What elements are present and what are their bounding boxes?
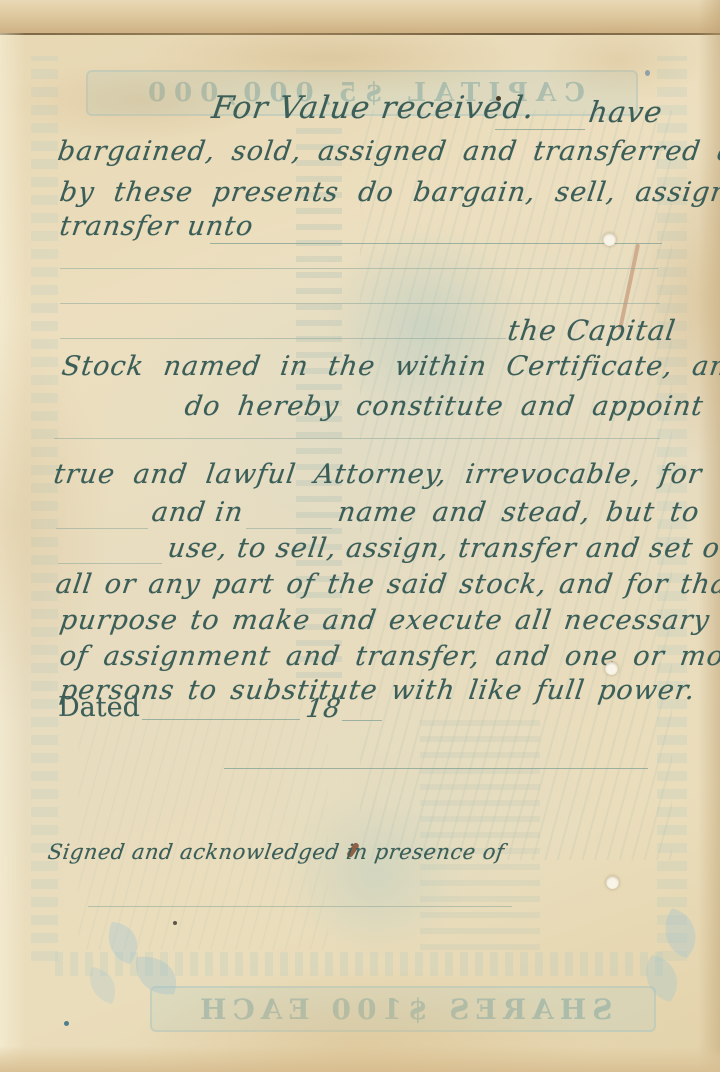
assignment-opening: For Value received. [209, 90, 537, 126]
blue-speck [645, 70, 650, 76]
blank-line-whose-2 [246, 528, 332, 529]
blank-line-transferee-2 [60, 268, 658, 269]
assignment-capital: the Capital [506, 314, 678, 347]
signature-line [224, 768, 648, 769]
blank-line-value [495, 129, 585, 130]
stock-certificate-transfer-back: CAPITAL $5,000,000 SHARES $100 EACH For … [0, 0, 720, 1072]
assignment-line-4: transfer unto [58, 211, 256, 242]
assignment-line-11: of assignment and transfer, and one or m… [58, 641, 720, 672]
blank-line-dated [142, 719, 300, 720]
punch-hole-top [603, 233, 616, 246]
assignment-line-12: persons to substitute with like full pow… [58, 675, 698, 706]
blank-line-whose-1 [56, 528, 148, 529]
assignment-opening-cont: have [587, 95, 665, 129]
blank-line-transferee-1 [210, 243, 662, 244]
blank-line-attorney [54, 438, 660, 439]
assignment-line-7: true and lawful Attorney, irrevocable, f… [52, 459, 704, 490]
blank-line-transferee-3 [60, 303, 660, 304]
assignment-line-10: purpose to make and execute all necessar… [58, 605, 720, 636]
assignment-name-stead: name and stead, but to [336, 497, 702, 528]
assignment-and-in: and in [150, 497, 246, 528]
punch-hole-middle [605, 662, 618, 675]
blank-line-whose-3 [58, 563, 162, 564]
witness-signature-line [88, 906, 512, 907]
assignment-line-3: by these presents do bargain, sell, assi… [58, 177, 720, 208]
assignment-line-9: all or any part of the said stock, and f… [54, 569, 720, 600]
assignment-line-5: Stock named in the within Certificate, a… [60, 351, 720, 382]
witness-clause: Signed and acknowledged in presence of [46, 840, 506, 864]
dark-speck [173, 921, 177, 925]
year-prefix: 18 [304, 694, 343, 724]
blank-line-transferee-4 [60, 338, 506, 339]
teal-speck [64, 1021, 69, 1026]
punch-hole-bottom [606, 876, 619, 889]
dated-label: Dated [58, 692, 140, 723]
assignment-line-2: bargained, sold, assigned and transferre… [56, 136, 720, 167]
assignment-line-6: do hereby constitute and appoint [183, 391, 706, 422]
assignment-line-8: use, to sell, assign, transfer and set o… [166, 533, 720, 564]
blank-line-year [342, 720, 382, 721]
